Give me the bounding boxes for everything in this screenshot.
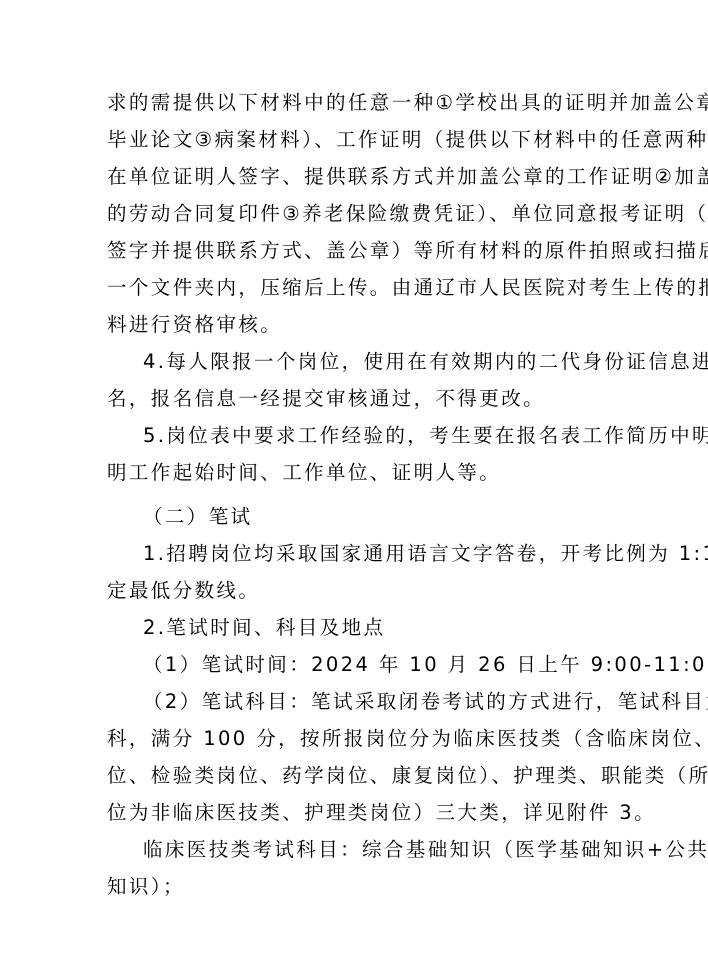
clinical-subject-line: 临床医技类考试科目：综合基础知识（医学基础知识+公共基础 bbox=[143, 837, 607, 863]
item-4-line: 4.每人限报一个岗位，使用在有效期内的二代身份证信息进行报 bbox=[143, 349, 607, 375]
exam-subject-line: （2）笔试科目：笔试采取闭卷考试的方式进行，笔试科目为一 bbox=[143, 689, 607, 715]
section-heading-written-exam: （二）笔试 bbox=[143, 504, 607, 530]
paragraph-line: 名，报名信息一经提交审核通过，不得更改。 bbox=[107, 386, 607, 412]
paragraph-line: 位为非临床医技类、护理类岗位）三大类，详见附件 3。 bbox=[107, 800, 607, 826]
paragraph-line: 科，满分 100 分，按所报岗位分为临床医技类（含临床岗位、医技岗 bbox=[107, 726, 607, 752]
item-5-line: 5.岗位表中要求工作经验的，考生要在报名表工作简历中明确写 bbox=[143, 423, 607, 449]
paragraph-line: 定最低分数线。 bbox=[107, 578, 607, 604]
paragraph-line: 毕业论文③病案材料）、工作证明（提供以下材料中的任意两种①所 bbox=[107, 127, 607, 153]
item-2-heading: 2.笔试时间、科目及地点 bbox=[143, 615, 607, 641]
paragraph-line: 知识）； bbox=[107, 874, 607, 900]
paragraph-line: 的劳动合同复印件③养老保险缴费凭证）、单位同意报考证明（法人 bbox=[107, 201, 607, 227]
document-page: 求的需提供以下材料中的任意一种①学校出具的证明并加盖公章② 毕业论文③病案材料）… bbox=[0, 0, 708, 973]
exam-time-line: （1）笔试时间：2024 年 10 月 26 日上午 9:00-11:00。 bbox=[143, 652, 607, 678]
paragraph-line: 位、检验类岗位、药学岗位、康复岗位）、护理类、职能类（所报岗 bbox=[107, 763, 607, 789]
item-1-line: 1.招聘岗位均采取国家通用语言文字答卷，开考比例为 1:1，设 bbox=[143, 541, 607, 567]
paragraph-line: 一个文件夹内，压缩后上传。由通辽市人民医院对考生上传的报名材 bbox=[107, 275, 607, 301]
paragraph-line: 明工作起始时间、工作单位、证明人等。 bbox=[107, 460, 607, 486]
paragraph-line: 料进行资格审核。 bbox=[107, 312, 607, 338]
paragraph-line: 求的需提供以下材料中的任意一种①学校出具的证明并加盖公章② bbox=[107, 90, 607, 116]
paragraph-line: 在单位证明人签字、提供联系方式并加盖公章的工作证明②加盖公章 bbox=[107, 164, 607, 190]
paragraph-line: 签字并提供联系方式、盖公章）等所有材料的原件拍照或扫描后放在 bbox=[107, 238, 607, 264]
